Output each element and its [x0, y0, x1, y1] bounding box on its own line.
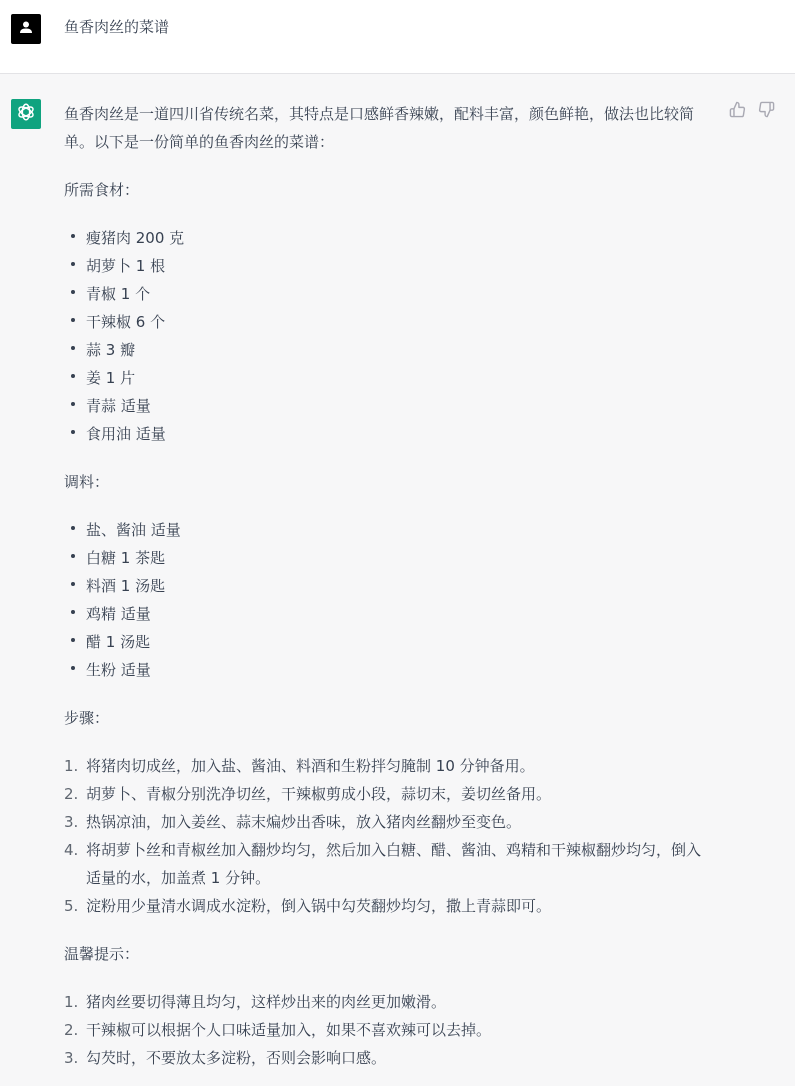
step-item: 2.胡萝卜、青椒分别洗净切丝，干辣椒剪成小段，蒜切末，姜切丝备用。: [64, 780, 714, 808]
ingredients-heading: 所需食材：: [64, 176, 714, 204]
steps-list: 1.将猪肉切成丝，加入盐、酱油、料酒和生粉拌匀腌制 10 分钟备用。 2.胡萝卜…: [64, 752, 714, 920]
step-text: 将猪肉切成丝，加入盐、酱油、料酒和生粉拌匀腌制 10 分钟备用。: [86, 757, 535, 775]
list-item: 醋 1 汤匙: [64, 628, 714, 656]
tip-text: 干辣椒可以根据个人口味适量加入，如果不喜欢辣可以去掉。: [86, 1021, 491, 1039]
tips-list: 1.猪肉丝要切得薄且均匀，这样炒出来的肉丝更加嫩滑。 2.干辣椒可以根据个人口味…: [64, 988, 714, 1072]
list-item: 白糖 1 茶匙: [64, 544, 714, 572]
step-number: 2.: [64, 780, 78, 808]
tip-number: 2.: [64, 1016, 78, 1044]
assistant-message-row: 鱼香肉丝是一道四川省传统名菜，其特点是口感鲜香辣嫩，配料丰富，颜色鲜艳，做法也比…: [0, 74, 795, 1086]
list-item: 生粉 适量: [64, 656, 714, 684]
step-item: 4.将胡萝卜丝和青椒丝加入翻炒均匀，然后加入白糖、醋、酱油、鸡精和干辣椒翻炒均匀…: [64, 836, 714, 892]
tips-heading: 温馨提示：: [64, 940, 714, 968]
step-number: 4.: [64, 836, 78, 864]
seasonings-heading: 调料：: [64, 468, 714, 496]
list-item: 胡萝卜 1 根: [64, 252, 714, 280]
step-text: 将胡萝卜丝和青椒丝加入翻炒均匀，然后加入白糖、醋、酱油、鸡精和干辣椒翻炒均匀，倒…: [86, 841, 701, 887]
tip-item: 2.干辣椒可以根据个人口味适量加入，如果不喜欢辣可以去掉。: [64, 1016, 714, 1044]
thumbs-up-icon[interactable]: [729, 101, 746, 118]
list-item: 青蒜 适量: [64, 392, 714, 420]
seasonings-list: 盐、酱油 适量 白糖 1 茶匙 料酒 1 汤匙 鸡精 适量 醋 1 汤匙 生粉 …: [64, 516, 714, 684]
user-icon: [19, 20, 33, 38]
tip-text: 勾芡时，不要放太多淀粉，否则会影响口感。: [86, 1049, 386, 1067]
list-item: 干辣椒 6 个: [64, 308, 714, 336]
tip-number: 1.: [64, 988, 78, 1016]
tip-item: 1.猪肉丝要切得薄且均匀，这样炒出来的肉丝更加嫩滑。: [64, 988, 714, 1016]
list-item: 食用油 适量: [64, 420, 714, 448]
list-item: 料酒 1 汤匙: [64, 572, 714, 600]
list-item: 瘦猪肉 200 克: [64, 224, 714, 252]
list-item: 蒜 3 瓣: [64, 336, 714, 364]
user-message-text: 鱼香肉丝的菜谱: [64, 15, 169, 39]
openai-logo-icon: [15, 101, 37, 127]
step-text: 淀粉用少量清水调成水淀粉，倒入锅中勾芡翻炒均匀，撒上青蒜即可。: [86, 897, 551, 915]
ingredients-list: 瘦猪肉 200 克 胡萝卜 1 根 青椒 1 个 干辣椒 6 个 蒜 3 瓣 姜…: [64, 224, 714, 448]
list-item: 青椒 1 个: [64, 280, 714, 308]
list-item: 盐、酱油 适量: [64, 516, 714, 544]
step-item: 1.将猪肉切成丝，加入盐、酱油、料酒和生粉拌匀腌制 10 分钟备用。: [64, 752, 714, 780]
steps-heading: 步骤：: [64, 704, 714, 732]
list-item: 姜 1 片: [64, 364, 714, 392]
user-message-row: 鱼香肉丝的菜谱: [0, 0, 795, 74]
step-number: 1.: [64, 752, 78, 780]
step-text: 胡萝卜、青椒分别洗净切丝，干辣椒剪成小段，蒜切末，姜切丝备用。: [86, 785, 551, 803]
user-avatar: [11, 14, 41, 44]
feedback-buttons: [729, 101, 775, 118]
assistant-message-content: 鱼香肉丝是一道四川省传统名菜，其特点是口感鲜香辣嫩，配料丰富，颜色鲜艳，做法也比…: [64, 100, 714, 1072]
tip-item: 3.勾芡时，不要放太多淀粉，否则会影响口感。: [64, 1044, 714, 1072]
tip-text: 猪肉丝要切得薄且均匀，这样炒出来的肉丝更加嫩滑。: [86, 993, 446, 1011]
thumbs-down-icon[interactable]: [758, 101, 775, 118]
step-item: 3.热锅凉油，加入姜丝、蒜末煸炒出香味，放入猪肉丝翻炒至变色。: [64, 808, 714, 836]
step-item: 5.淀粉用少量清水调成水淀粉，倒入锅中勾芡翻炒均匀，撒上青蒜即可。: [64, 892, 714, 920]
step-number: 3.: [64, 808, 78, 836]
intro-paragraph: 鱼香肉丝是一道四川省传统名菜，其特点是口感鲜香辣嫩，配料丰富，颜色鲜艳，做法也比…: [64, 100, 714, 156]
list-item: 鸡精 适量: [64, 600, 714, 628]
tip-number: 3.: [64, 1044, 78, 1072]
assistant-avatar: [11, 99, 41, 129]
step-text: 热锅凉油，加入姜丝、蒜末煸炒出香味，放入猪肉丝翻炒至变色。: [86, 813, 521, 831]
step-number: 5.: [64, 892, 78, 920]
